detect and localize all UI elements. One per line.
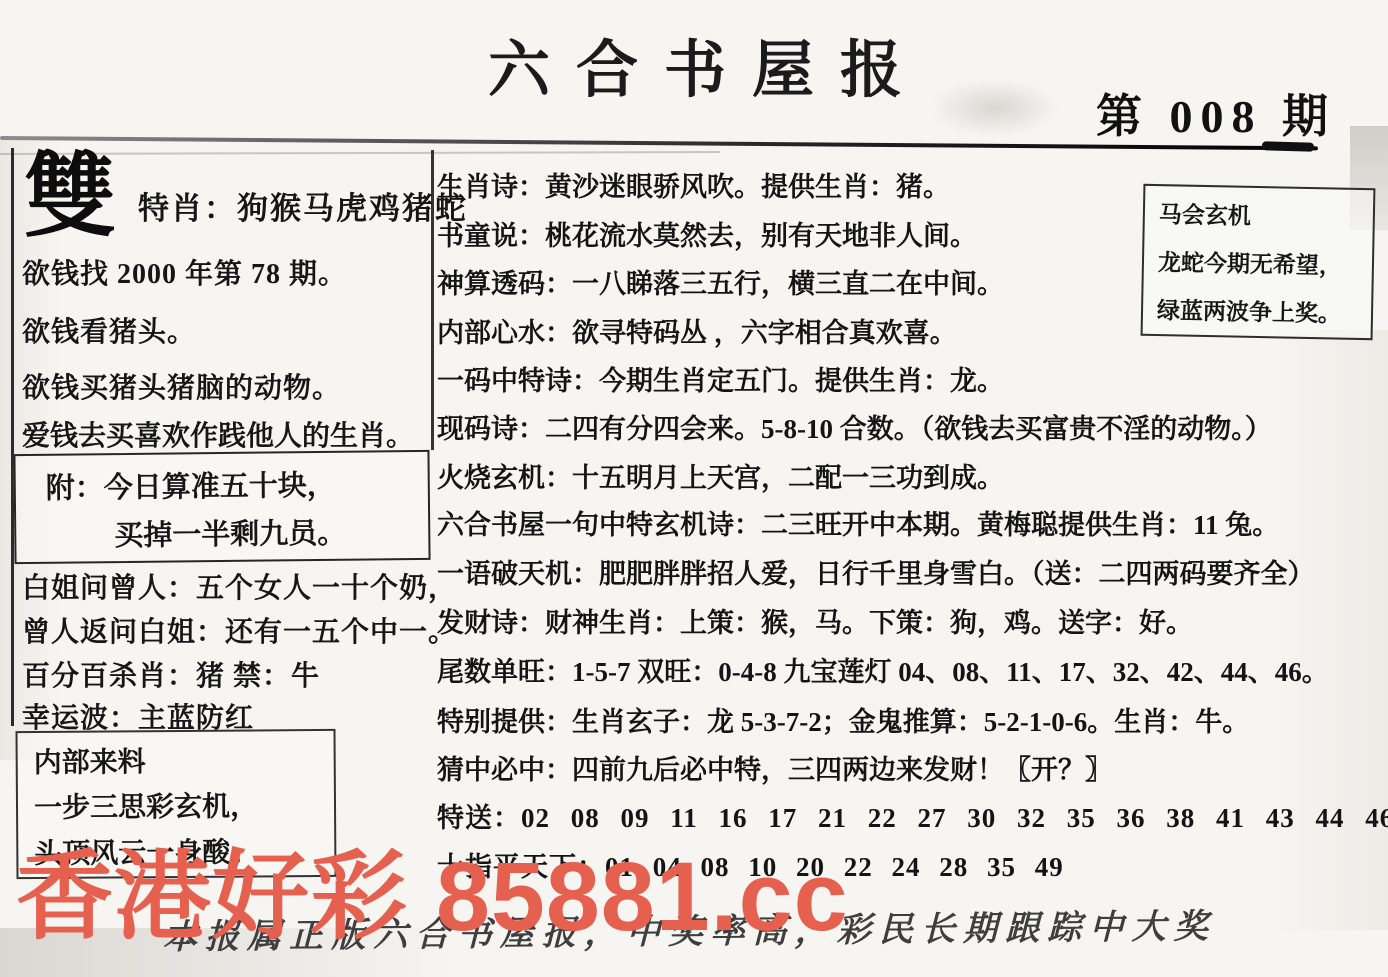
- tip-line-fire-mystery: 火烧玄机：十五明月上天宫，二配一三功到成。: [437, 456, 1004, 495]
- jockey-club-mystery-box: 马会玄机 龙蛇今期无希望， 绿蓝两波争上奖。: [1141, 184, 1376, 340]
- tip-line-zodiac-poem: 生肖诗：黄沙迷眼骄风吹。提供生肖：猪。: [437, 165, 950, 204]
- special-zodiac-row: 雙 特肖：狗猴马虎鸡猪蛇: [24, 158, 468, 236]
- attachment-note-box: 附：今日算准五十块， 买掉一半剩九员。: [13, 450, 430, 564]
- attachment-line: 买掉一半剩九员。: [114, 511, 346, 554]
- left-tip-line: 爱钱去买喜欢作践他人的生肖。: [22, 414, 414, 454]
- scanned-lottery-sheet: 六合书屋报 第 008 期 雙 特肖：狗猴马虎鸡猪蛇 欲钱找 2000 年第 7…: [0, 0, 1388, 977]
- tip-line-house-poem: 六合书屋一句中特玄机诗：二三旺开中本期。黄梅聪提供生肖：11 兔。: [437, 503, 1279, 542]
- special-zodiac-line: 特肖：狗猴马虎鸡猪蛇: [138, 183, 468, 236]
- kill-zodiac-line: 百分百杀肖：猪 禁：牛: [22, 654, 320, 694]
- page-title: 六合书屋报: [488, 20, 928, 109]
- tip-line-guess-hit: 猜中必中：四前九后必中特，三四两边来发财！〖开？〗: [437, 748, 1112, 787]
- scan-smudge-under-title: [930, 78, 1060, 138]
- tip-line-special-send: 特送：02 08 09 11 16 17 21 22 27 30 32 35 3…: [437, 796, 1388, 835]
- tip-line-secret-reveal: 一语破天机：肥肥胖胖招人爱，日行千里身雪白。（送：二四两码要齐全）: [437, 552, 1315, 591]
- tip-line-tail-numbers: 尾数单旺：1-5-7 双旺：0-4-8 九宝莲灯 04、08、11、17、32、…: [437, 650, 1329, 689]
- insider-line: 内部来料: [34, 740, 146, 781]
- attachment-line: 附：今日算准五十块，: [46, 463, 336, 507]
- tip-line-book-boy: 书童说：桃花流水莫然去，别有天地非人间。: [437, 214, 977, 253]
- left-tip-line: 曾人返问白姐：还有一五个中一。: [22, 610, 457, 650]
- left-tip-line: 欲钱买猪头猪脑的动物。: [22, 366, 341, 406]
- left-column-border: [11, 148, 14, 726]
- insider-line: 一步三思彩玄机，: [34, 784, 258, 826]
- tip-line-one-code: 一码中特诗：今期生肖定五门。提供生肖：龙。: [437, 359, 1004, 398]
- mahui-line: 马会玄机: [1159, 196, 1252, 231]
- tip-line-current-code: 现码诗：二四有分四会来。5-8-10 合数。（欲钱去买富贵不淫的动物。）: [437, 407, 1272, 446]
- left-tip-line: 欲钱找 2000 年第 78 期。: [22, 252, 347, 292]
- tip-line-divine-code: 神算透码：一八睇落三五行，横三直二在中间。: [437, 262, 1004, 301]
- tip-line-fortune-poem: 发财诗：财神生肖：上策：猴，马。下策：狗，鸡。送字：好。: [437, 601, 1193, 640]
- mahui-line: 龙蛇今期无希望，: [1158, 244, 1343, 281]
- tip-line-special-offer: 特别提供：生肖玄子：龙 5-3-7-2；金鬼推算：5-2-1-0-6。生肖：牛。: [437, 700, 1249, 739]
- site-watermark: 香港好彩 85881.cc: [16, 848, 849, 945]
- scan-texture-right-edge: [1270, 330, 1388, 930]
- left-tip-line: 欲钱看猪头。: [22, 310, 196, 350]
- issue-number: 第 008 期: [1096, 80, 1336, 146]
- left-tip-line: 白姐问曾人：五个女人一十个奶，: [22, 566, 457, 606]
- mahui-line: 绿蓝两波争上奖。: [1157, 292, 1342, 329]
- tip-line-internal: 内部心水：欲寻特码丛 ，六字相合真欢喜。: [437, 311, 957, 350]
- header-rule-end-blob: [1262, 141, 1314, 151]
- lead-big-character: 雙: [24, 158, 116, 236]
